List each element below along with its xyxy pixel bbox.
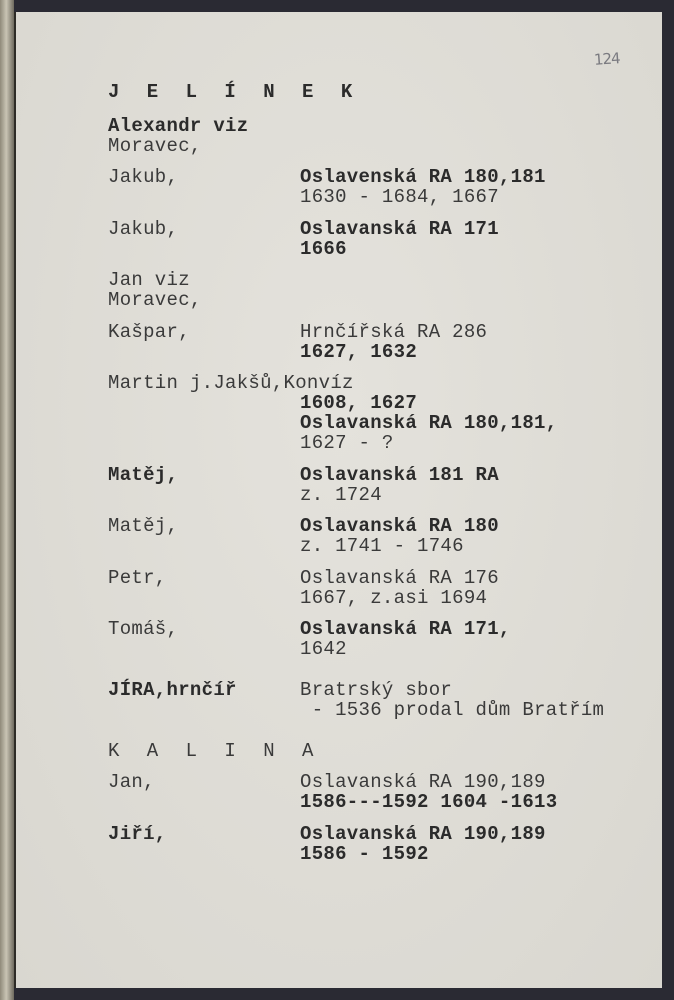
book-binding bbox=[0, 0, 14, 1000]
entry-detail: Oslavanská RA 171, bbox=[300, 619, 511, 640]
entry-detail: 1667, z.asi 1694 bbox=[300, 588, 487, 609]
entry-detail: Oslavanská RA 190,189 bbox=[300, 772, 546, 793]
entry-name: Matěj, bbox=[108, 465, 178, 486]
entry-name: Matěj, bbox=[108, 516, 178, 537]
surname-heading-kalina: K A L I N A bbox=[108, 741, 321, 762]
entry-detail: Oslavanská RA 180,181, bbox=[300, 413, 557, 434]
entry-detail: 1642 bbox=[300, 639, 347, 660]
entry-detail: Oslavanská RA 190,189 bbox=[300, 824, 546, 845]
entry-detail: 1630 - 1684, 1667 bbox=[300, 187, 499, 208]
entry-detail: 1586---1592 1604 -1613 bbox=[300, 792, 557, 813]
surname-heading-jelinek: J E L Í N E K bbox=[108, 82, 360, 103]
entry-detail: Oslavanská RA 180 bbox=[300, 516, 499, 537]
document-page: 124 J E L Í N E K Alexandr viz Moravec, … bbox=[14, 12, 662, 988]
entry-name: Jiří, bbox=[108, 824, 167, 845]
entry-name: Alexandr viz bbox=[108, 116, 248, 137]
entry-detail: z. 1724 bbox=[300, 485, 382, 506]
entry-detail: Oslavenská RA 180,181 bbox=[300, 167, 546, 188]
entry-detail: 1627, 1632 bbox=[300, 342, 417, 363]
entry-detail: Oslavanská RA 176 bbox=[300, 568, 499, 589]
entry-detail: - 1536 prodal dům Bratřím bbox=[300, 700, 604, 721]
entry-detail: 1627 - ? bbox=[300, 433, 394, 454]
surname-heading-jira: JÍRA,hrnčíř bbox=[108, 680, 237, 701]
entry-name: Martin j.Jakšů,Konvíz bbox=[108, 373, 354, 394]
entry-detail: 1586 - 1592 bbox=[300, 844, 429, 865]
entry-name: Tomáš, bbox=[108, 619, 178, 640]
folio-number: 124 bbox=[593, 49, 620, 69]
entry-name: Moravec, bbox=[108, 290, 202, 311]
entry-detail: Hrnčířská RA 286 bbox=[300, 322, 487, 343]
entry-detail: z. 1741 - 1746 bbox=[300, 536, 464, 557]
entry-name: Moravec, bbox=[108, 136, 202, 157]
entry-detail: 1608, 1627 bbox=[300, 393, 417, 414]
entry-detail: Oslavanská 181 RA bbox=[300, 465, 499, 486]
entry-name: Jakub, bbox=[108, 219, 178, 240]
entry-name: Jakub, bbox=[108, 167, 178, 188]
entry-name: Kašpar, bbox=[108, 322, 190, 343]
entry-name: Petr, bbox=[108, 568, 167, 589]
entry-detail: 1666 bbox=[300, 239, 347, 260]
entry-name: Jan, bbox=[108, 772, 155, 793]
entry-name: Jan viz bbox=[108, 270, 190, 291]
entry-detail: Oslavanská RA 171 bbox=[300, 219, 499, 240]
entry-detail: Bratrský sbor bbox=[300, 680, 452, 701]
